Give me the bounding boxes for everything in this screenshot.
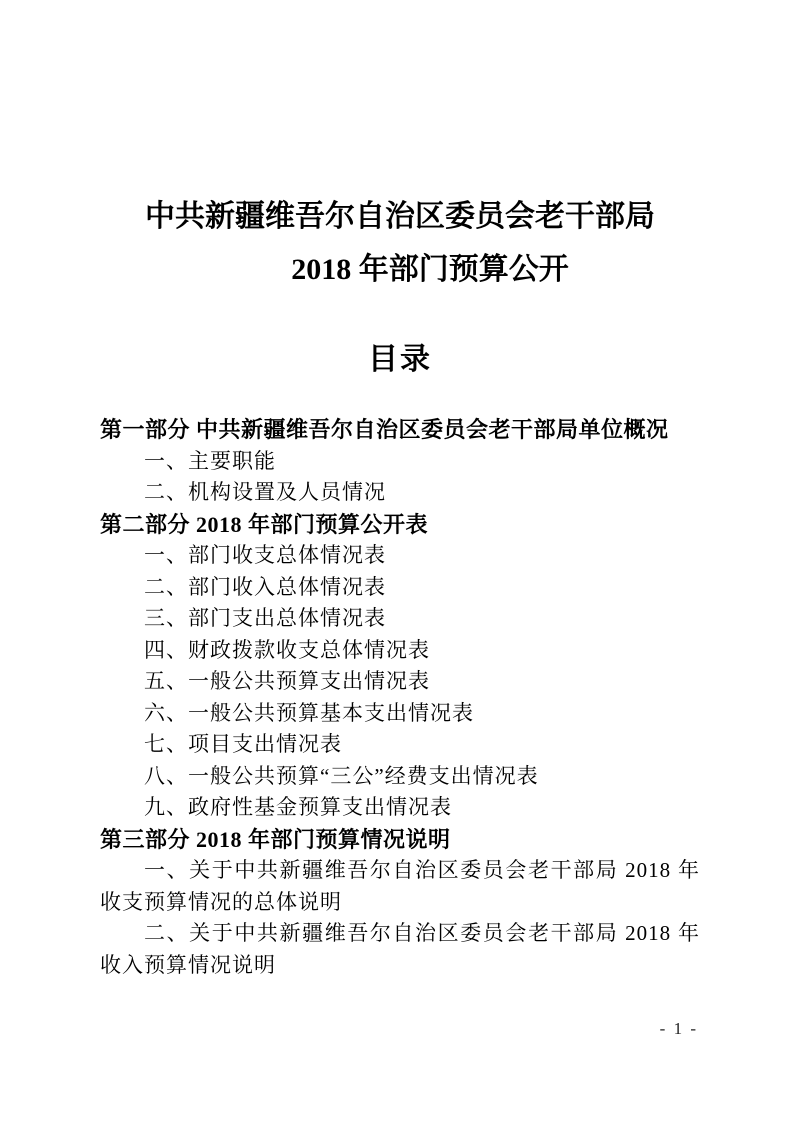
toc-entry-paragraph: 二、关于中共新疆维吾尔自治区委员会老干部局 2018 年收入预算情况说明: [100, 918, 700, 981]
toc-entry-section: 第二部分 2018 年部门预算公开表: [100, 509, 700, 541]
toc-entry-paragraph: 一、关于中共新疆维吾尔自治区委员会老干部局 2018 年收支预算情况的总体说明: [100, 855, 700, 918]
toc-heading: 目录: [100, 342, 700, 378]
page-number: - 1 -: [660, 1019, 698, 1039]
toc-entry-item: 一、部门收支总体情况表: [100, 540, 700, 572]
toc-entry-item: 二、机构设置及人员情况: [100, 477, 700, 509]
toc-entry-section: 第一部分 中共新疆维吾尔自治区委员会老干部局单位概况: [100, 414, 700, 446]
document-page: 中共新疆维吾尔自治区委员会老干部局 2018 年部门预算公开 目录 第一部分 中…: [0, 0, 793, 1122]
toc-entry-item: 三、部门支出总体情况表: [100, 603, 700, 635]
toc-entry-item: 七、项目支出情况表: [100, 729, 700, 761]
document-title-line1: 中共新疆维吾尔自治区委员会老干部局: [100, 190, 700, 243]
toc-entry-item: 八、一般公共预算“三公”经费支出情况表: [100, 761, 700, 793]
toc-entry-item: 六、一般公共预算基本支出情况表: [100, 698, 700, 730]
page-content: 中共新疆维吾尔自治区委员会老干部局 2018 年部门预算公开 目录 第一部分 中…: [0, 0, 793, 981]
toc-entry-item: 四、财政拨款收支总体情况表: [100, 635, 700, 667]
toc-entry-section: 第三部分 2018 年部门预算情况说明: [100, 824, 700, 856]
toc-entry-item: 九、政府性基金预算支出情况表: [100, 792, 700, 824]
toc-list: 第一部分 中共新疆维吾尔自治区委员会老干部局单位概况一、主要职能二、机构设置及人…: [100, 414, 700, 981]
document-title-line2: 2018 年部门预算公开: [100, 243, 700, 296]
toc-entry-item: 五、一般公共预算支出情况表: [100, 666, 700, 698]
document-title: 中共新疆维吾尔自治区委员会老干部局 2018 年部门预算公开: [100, 190, 700, 296]
toc-entry-item: 二、部门收入总体情况表: [100, 572, 700, 604]
toc-entry-item: 一、主要职能: [100, 446, 700, 478]
